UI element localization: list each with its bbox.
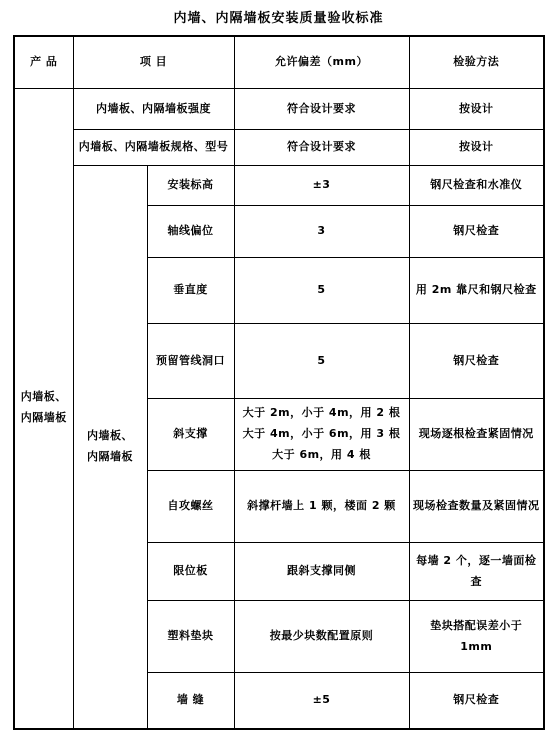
method-cell: 用 2m 靠尺和钢尺检查 [409, 258, 544, 324]
method-cell: 按设计 [409, 130, 544, 166]
item-cell: 轴线偏位 [147, 206, 234, 258]
method-cell: 现场检查数量及紧固情况 [409, 471, 544, 543]
tolerance-cell: 按最少块数配置原则 [234, 601, 409, 673]
table-row: 内墙板、 内隔墙板 安装标高 ±3 钢尺检查和水准仪 [14, 166, 544, 206]
method-cell: 钢尺检查和水准仪 [409, 166, 544, 206]
item-cell: 内墙板、内隔墙板强度 [73, 89, 234, 130]
method-cell: 钢尺检查 [409, 206, 544, 258]
item-cell: 安装标高 [147, 166, 234, 206]
table-row: 内墙板、内隔墙板规格、型号 符合设计要求 按设计 [14, 130, 544, 166]
method-cell: 每墙 2 个，逐一墙面检查 [409, 543, 544, 601]
item-group-cell: 内墙板、 内隔墙板 [73, 166, 147, 729]
page-title: 内墙、内隔墙板安装质量验收标准 [0, 0, 557, 27]
method-cell: 现场逐根检查紧固情况 [409, 399, 544, 471]
item-cell: 预留管线洞口 [147, 324, 234, 399]
item-cell: 塑料垫块 [147, 601, 234, 673]
header-item: 项 目 [73, 36, 234, 89]
tolerance-cell: 5 [234, 258, 409, 324]
tolerance-cell: 斜撑杆墙上 1 颗，楼面 2 颗 [234, 471, 409, 543]
item-cell: 内墙板、内隔墙板规格、型号 [73, 130, 234, 166]
method-cell: 钢尺检查 [409, 673, 544, 729]
item-cell: 垂直度 [147, 258, 234, 324]
tolerance-cell: ±3 [234, 166, 409, 206]
item-cell: 斜支撑 [147, 399, 234, 471]
tolerance-cell: 3 [234, 206, 409, 258]
method-cell: 按设计 [409, 89, 544, 130]
acceptance-standard-table: 产 品 项 目 允许偏差（mm） 检验方法 内墙板、 内隔墙板 内墙板、内隔墙板… [13, 35, 545, 730]
tolerance-cell: 跟斜支撑同侧 [234, 543, 409, 601]
header-tolerance: 允许偏差（mm） [234, 36, 409, 89]
method-cell: 垫块搭配误差小于 1mm [409, 601, 544, 673]
table-header-row: 产 品 项 目 允许偏差（mm） 检验方法 [14, 36, 544, 89]
document-page: 内墙、内隔墙板安装质量验收标准 产 品 项 目 允许偏差（mm） 检验方法 内墙… [0, 0, 557, 740]
tolerance-cell: 符合设计要求 [234, 130, 409, 166]
tolerance-cell: 符合设计要求 [234, 89, 409, 130]
product-group-cell: 内墙板、 内隔墙板 [14, 89, 73, 729]
method-cell: 钢尺检查 [409, 324, 544, 399]
tolerance-cell: ±5 [234, 673, 409, 729]
header-method: 检验方法 [409, 36, 544, 89]
tolerance-cell: 5 [234, 324, 409, 399]
item-cell: 墙 缝 [147, 673, 234, 729]
item-cell: 自攻螺丝 [147, 471, 234, 543]
item-cell: 限位板 [147, 543, 234, 601]
header-product: 产 品 [14, 36, 73, 89]
tolerance-cell: 大于 2m，小于 4m，用 2 根 大于 4m，小于 6m，用 3 根 大于 6… [234, 399, 409, 471]
table-row: 内墙板、 内隔墙板 内墙板、内隔墙板强度 符合设计要求 按设计 [14, 89, 544, 130]
